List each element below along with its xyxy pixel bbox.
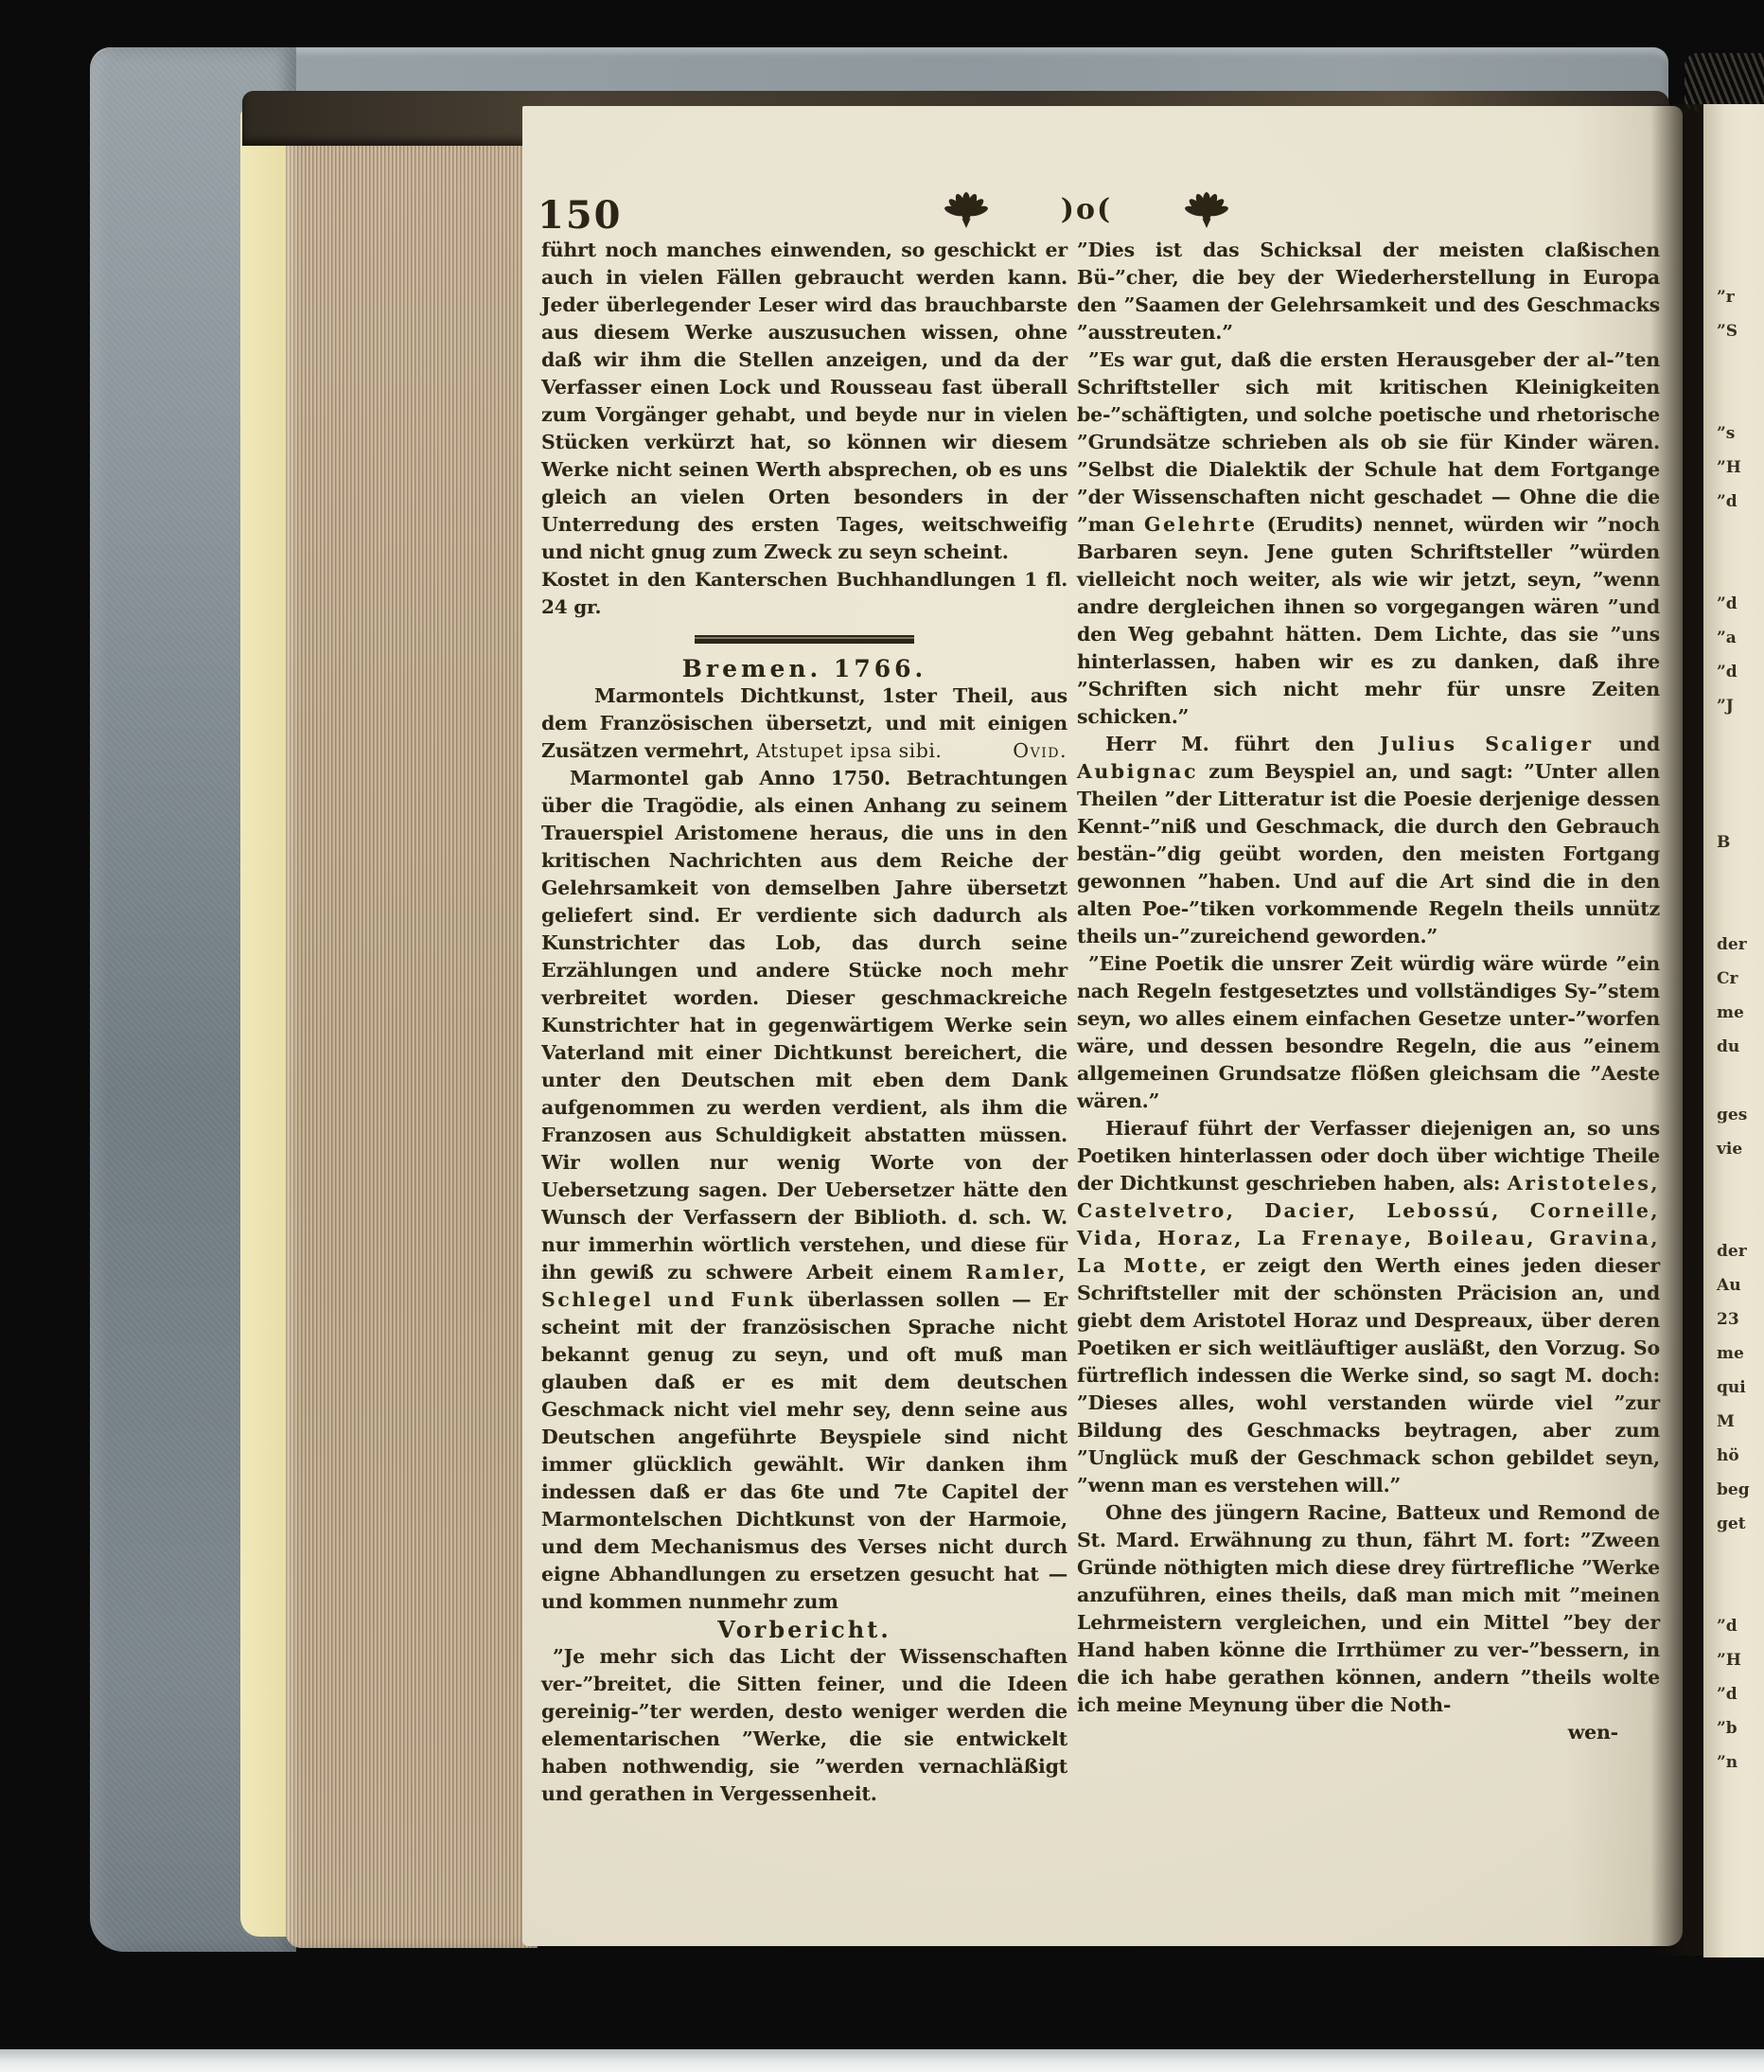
edge-text-fragment <box>1717 1541 1764 1575</box>
edge-text-fragment: ”d <box>1717 655 1764 689</box>
edge-text-fragment: ”d <box>1717 587 1764 621</box>
edge-text-fragment: ”n <box>1717 1745 1764 1780</box>
right-column: ”Dies ist das Schicksal der meisten claß… <box>1077 237 1660 1746</box>
edge-text-fragment: vie <box>1717 1132 1764 1166</box>
edge-text-fragment: ges <box>1717 1098 1764 1132</box>
header-ornaments: )o( <box>944 186 1228 233</box>
edge-text-fragment: ”H <box>1717 1643 1764 1677</box>
spaced-name-scaliger: Julius Scaliger <box>1380 733 1594 755</box>
edge-text-fragment: ”s <box>1717 416 1764 451</box>
facing-page-text-fragments: ”r ”S ”s ”H ”d ”d ”a ”d <box>1717 280 1764 1780</box>
spaced-word-gelehrte: Gelehrte <box>1144 513 1258 536</box>
gutter-shadow <box>1650 104 1711 1956</box>
section-divider-rule <box>695 635 914 644</box>
edge-text-fragment: B <box>1717 825 1764 859</box>
edge-text-fragment <box>1717 382 1764 416</box>
left-column: führt noch manches einwenden, so geschic… <box>541 237 1067 1808</box>
book-title-entry: Marmontels Dichtkunst, 1ster Theil, aus … <box>541 682 1067 765</box>
edge-text-fragment <box>1717 1064 1764 1098</box>
edge-text-fragment: ”J <box>1717 689 1764 723</box>
section-heading-bremen: Bremen. 1766. <box>541 655 1067 682</box>
spaced-name-aubignac: Aubignac <box>1077 760 1198 783</box>
edge-text-fragment: beg <box>1717 1473 1764 1507</box>
edge-text-fragment <box>1717 1166 1764 1200</box>
edge-text-fragment <box>1717 519 1764 553</box>
edge-text-fragment: ”b <box>1717 1711 1764 1745</box>
edge-text-fragment <box>1717 1575 1764 1609</box>
edge-text-fragment: Cr <box>1717 962 1764 996</box>
edge-text-fragment: ”S <box>1717 314 1764 348</box>
edge-text-fragment <box>1717 553 1764 587</box>
edge-text-fragment <box>1717 348 1764 382</box>
edge-text-fragment: hö <box>1717 1439 1764 1473</box>
paragraph-review-body: Marmontel gab Anno 1750. Betrachtungen ü… <box>541 765 1067 1616</box>
edge-text-fragment: get <box>1717 1507 1764 1541</box>
paragraph-quote-intro: ”Je mehr sich das Licht der Wissenschaft… <box>541 1643 1067 1808</box>
paragraph-poetiken-list: Hierauf führt der Verfasser diejenigen a… <box>1077 1115 1660 1499</box>
paragraph-quote-1: ”Dies ist das Schicksal der meisten claß… <box>1077 237 1660 346</box>
paragraph-racine: Ohne des jüngern Racine, Batteux und Rem… <box>1077 1499 1660 1719</box>
edge-text-fragment: me <box>1717 996 1764 1030</box>
title-latin-motto: Atstupet ipsa sibi. <box>756 739 942 762</box>
edge-text-fragment: ”d <box>1717 485 1764 519</box>
edge-text-fragment: me <box>1717 1337 1764 1371</box>
edge-text-fragment: ”d <box>1717 1677 1764 1711</box>
shell-ornament-icon <box>1185 189 1228 229</box>
edge-text-fragment: 23 <box>1717 1302 1764 1337</box>
scan-bottom-strip <box>0 2049 1764 2072</box>
edge-text-fragment: der <box>1717 928 1764 962</box>
edge-text-fragment: ”H <box>1717 451 1764 485</box>
edge-text-fragment <box>1717 791 1764 825</box>
catchword: wen- <box>1077 1719 1660 1746</box>
edge-text-fragment: ”d <box>1717 1609 1764 1643</box>
page-edges-stack <box>286 117 538 1948</box>
edge-text-fragment: du <box>1717 1030 1764 1064</box>
paragraph-review-end: führt noch manches einwenden, so geschic… <box>541 237 1067 566</box>
edge-text-fragment <box>1717 859 1764 894</box>
paragraph-scaliger: Herr M. führt den Julius Scaliger und Au… <box>1077 731 1660 950</box>
edge-text-fragment <box>1717 894 1764 928</box>
facing-page-edge: ”r ”S ”s ”H ”d ”d ”a ”d <box>1703 104 1764 1957</box>
photo-background: 150 )o( <box>0 0 1764 2072</box>
edge-text-fragment: M <box>1717 1405 1764 1439</box>
edge-text-fragment: ”a <box>1717 621 1764 655</box>
edge-text-fragment: der <box>1717 1234 1764 1268</box>
price-line: Kostet in den Kanterschen Buchhandlungen… <box>541 566 1067 621</box>
page-number: 150 <box>538 193 623 238</box>
header-center-mark: )o( <box>1061 193 1112 226</box>
book-page: 150 )o( <box>522 106 1683 1946</box>
edge-text-fragment <box>1717 1200 1764 1234</box>
edge-text-fragment <box>1717 757 1764 791</box>
paragraph-quote-poetik: ”Eine Poetik die unsrer Zeit würdig wäre… <box>1077 950 1660 1115</box>
title-author-ovid: Ovid. <box>960 737 1067 765</box>
headband <box>1685 53 1764 112</box>
edge-text-fragment: ”r <box>1717 280 1764 314</box>
edge-text-fragment <box>1717 723 1764 757</box>
edge-text-fragment: qui <box>1717 1371 1764 1405</box>
paragraph-quote-2: ”Es war gut, daß die ersten Herausgeber … <box>1077 346 1660 731</box>
shell-ornament-icon <box>944 189 988 229</box>
edge-text-fragment: Au <box>1717 1268 1764 1302</box>
subheading-vorbericht: Vorbericht. <box>541 1616 1067 1643</box>
